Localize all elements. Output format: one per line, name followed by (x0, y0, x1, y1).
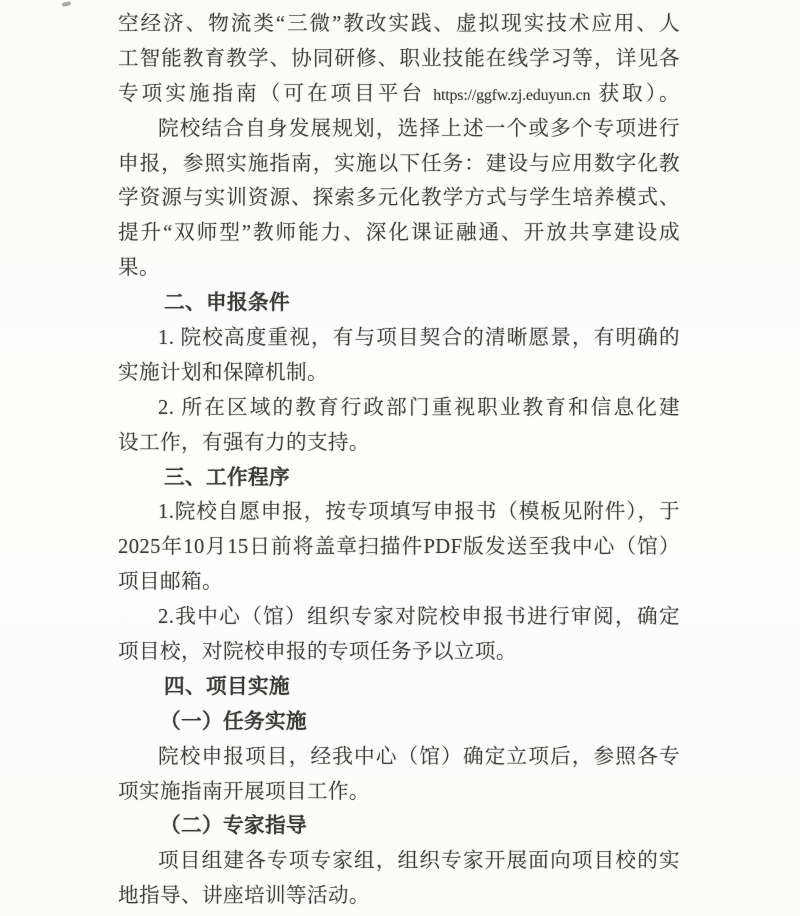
paragraph-line: 项目邮箱。 (118, 565, 680, 600)
paragraph-line: 2.我中心（馆）组织专家对院校申报书进行审阅，确定 (118, 600, 680, 635)
subsection-heading-expert-guidance: （二）专家指导 (118, 809, 680, 844)
paragraph-line: 1. 院校高度重视，有与项目契合的清晰愿景，有明确的 (118, 321, 680, 356)
document-page: 空经济、物流类“三微”教改实践、虚拟现实技术应用、人 工智能教育教学、协同研修、… (0, 0, 800, 916)
paragraph-line: 项目组建各专项专家组，组织专家开展面向项目校的实 (118, 844, 680, 879)
section-heading-application-conditions: 二、申报条件 (118, 286, 680, 321)
paragraph-line: 2. 所在区域的教育行政部门重视职业教育和信息化建 (118, 391, 680, 426)
paragraph-line: 工智能教育教学、协同研修、职业技能在线学习等，详见各 (118, 42, 680, 77)
paragraph-line: 专项实施指南（可在项目平台 https://ggfw.zj.eduyun.cn … (118, 77, 680, 112)
subsection-heading-task-implementation: （一）任务实施 (118, 705, 680, 740)
url-suffix-text: 获取）。 (590, 83, 680, 105)
paragraph-line: 项实施指南开展项目工作。 (118, 775, 680, 810)
paragraph-line: 申报，参照实施指南，实施以下任务：建设与应用数字化教 (118, 147, 680, 182)
paragraph-line: 学资源与实训资源、探索多元化教学方式与学生培养模式、 (118, 181, 680, 216)
scan-artifact (62, 1, 72, 7)
paragraph-line: 设工作，有强有力的支持。 (118, 426, 680, 461)
paragraph-line: 果。 (118, 251, 680, 286)
paragraph-line: 院校申报项目，经我中心（馆）确定立项后，参照各专 (118, 740, 680, 775)
document-content: 空经济、物流类“三微”教改实践、虚拟现实技术应用、人 工智能教育教学、协同研修、… (118, 7, 680, 914)
paragraph-line: 项目校，对院校申报的专项任务予以立项。 (118, 635, 680, 670)
paragraph-line: 院校结合自身发展规划，选择上述一个或多个专项进行 (118, 112, 680, 147)
paragraph-line: 地指导、讲座培训等活动。 (118, 879, 680, 914)
paragraph-line: 2025年10月15日前将盖章扫描件PDF版发送至我中心（馆） (118, 530, 680, 565)
section-heading-project-implementation: 四、项目实施 (118, 670, 680, 705)
url-text: https://ggfw.zj.eduyun.cn (433, 87, 590, 104)
paragraph-line: 实施计划和保障机制。 (118, 356, 680, 391)
paragraph-line: 1.院校自愿申报，按专项填写申报书（模板见附件），于 (118, 495, 680, 530)
paragraph-line: 提升“双师型”教师能力、深化课证融通、开放共享建设成 (118, 216, 680, 251)
url-prefix-text: 专项实施指南（可在项目平台 (118, 83, 433, 105)
section-heading-work-procedure: 三、工作程序 (118, 461, 680, 496)
paragraph-line: 空经济、物流类“三微”教改实践、虚拟现实技术应用、人 (118, 7, 680, 42)
